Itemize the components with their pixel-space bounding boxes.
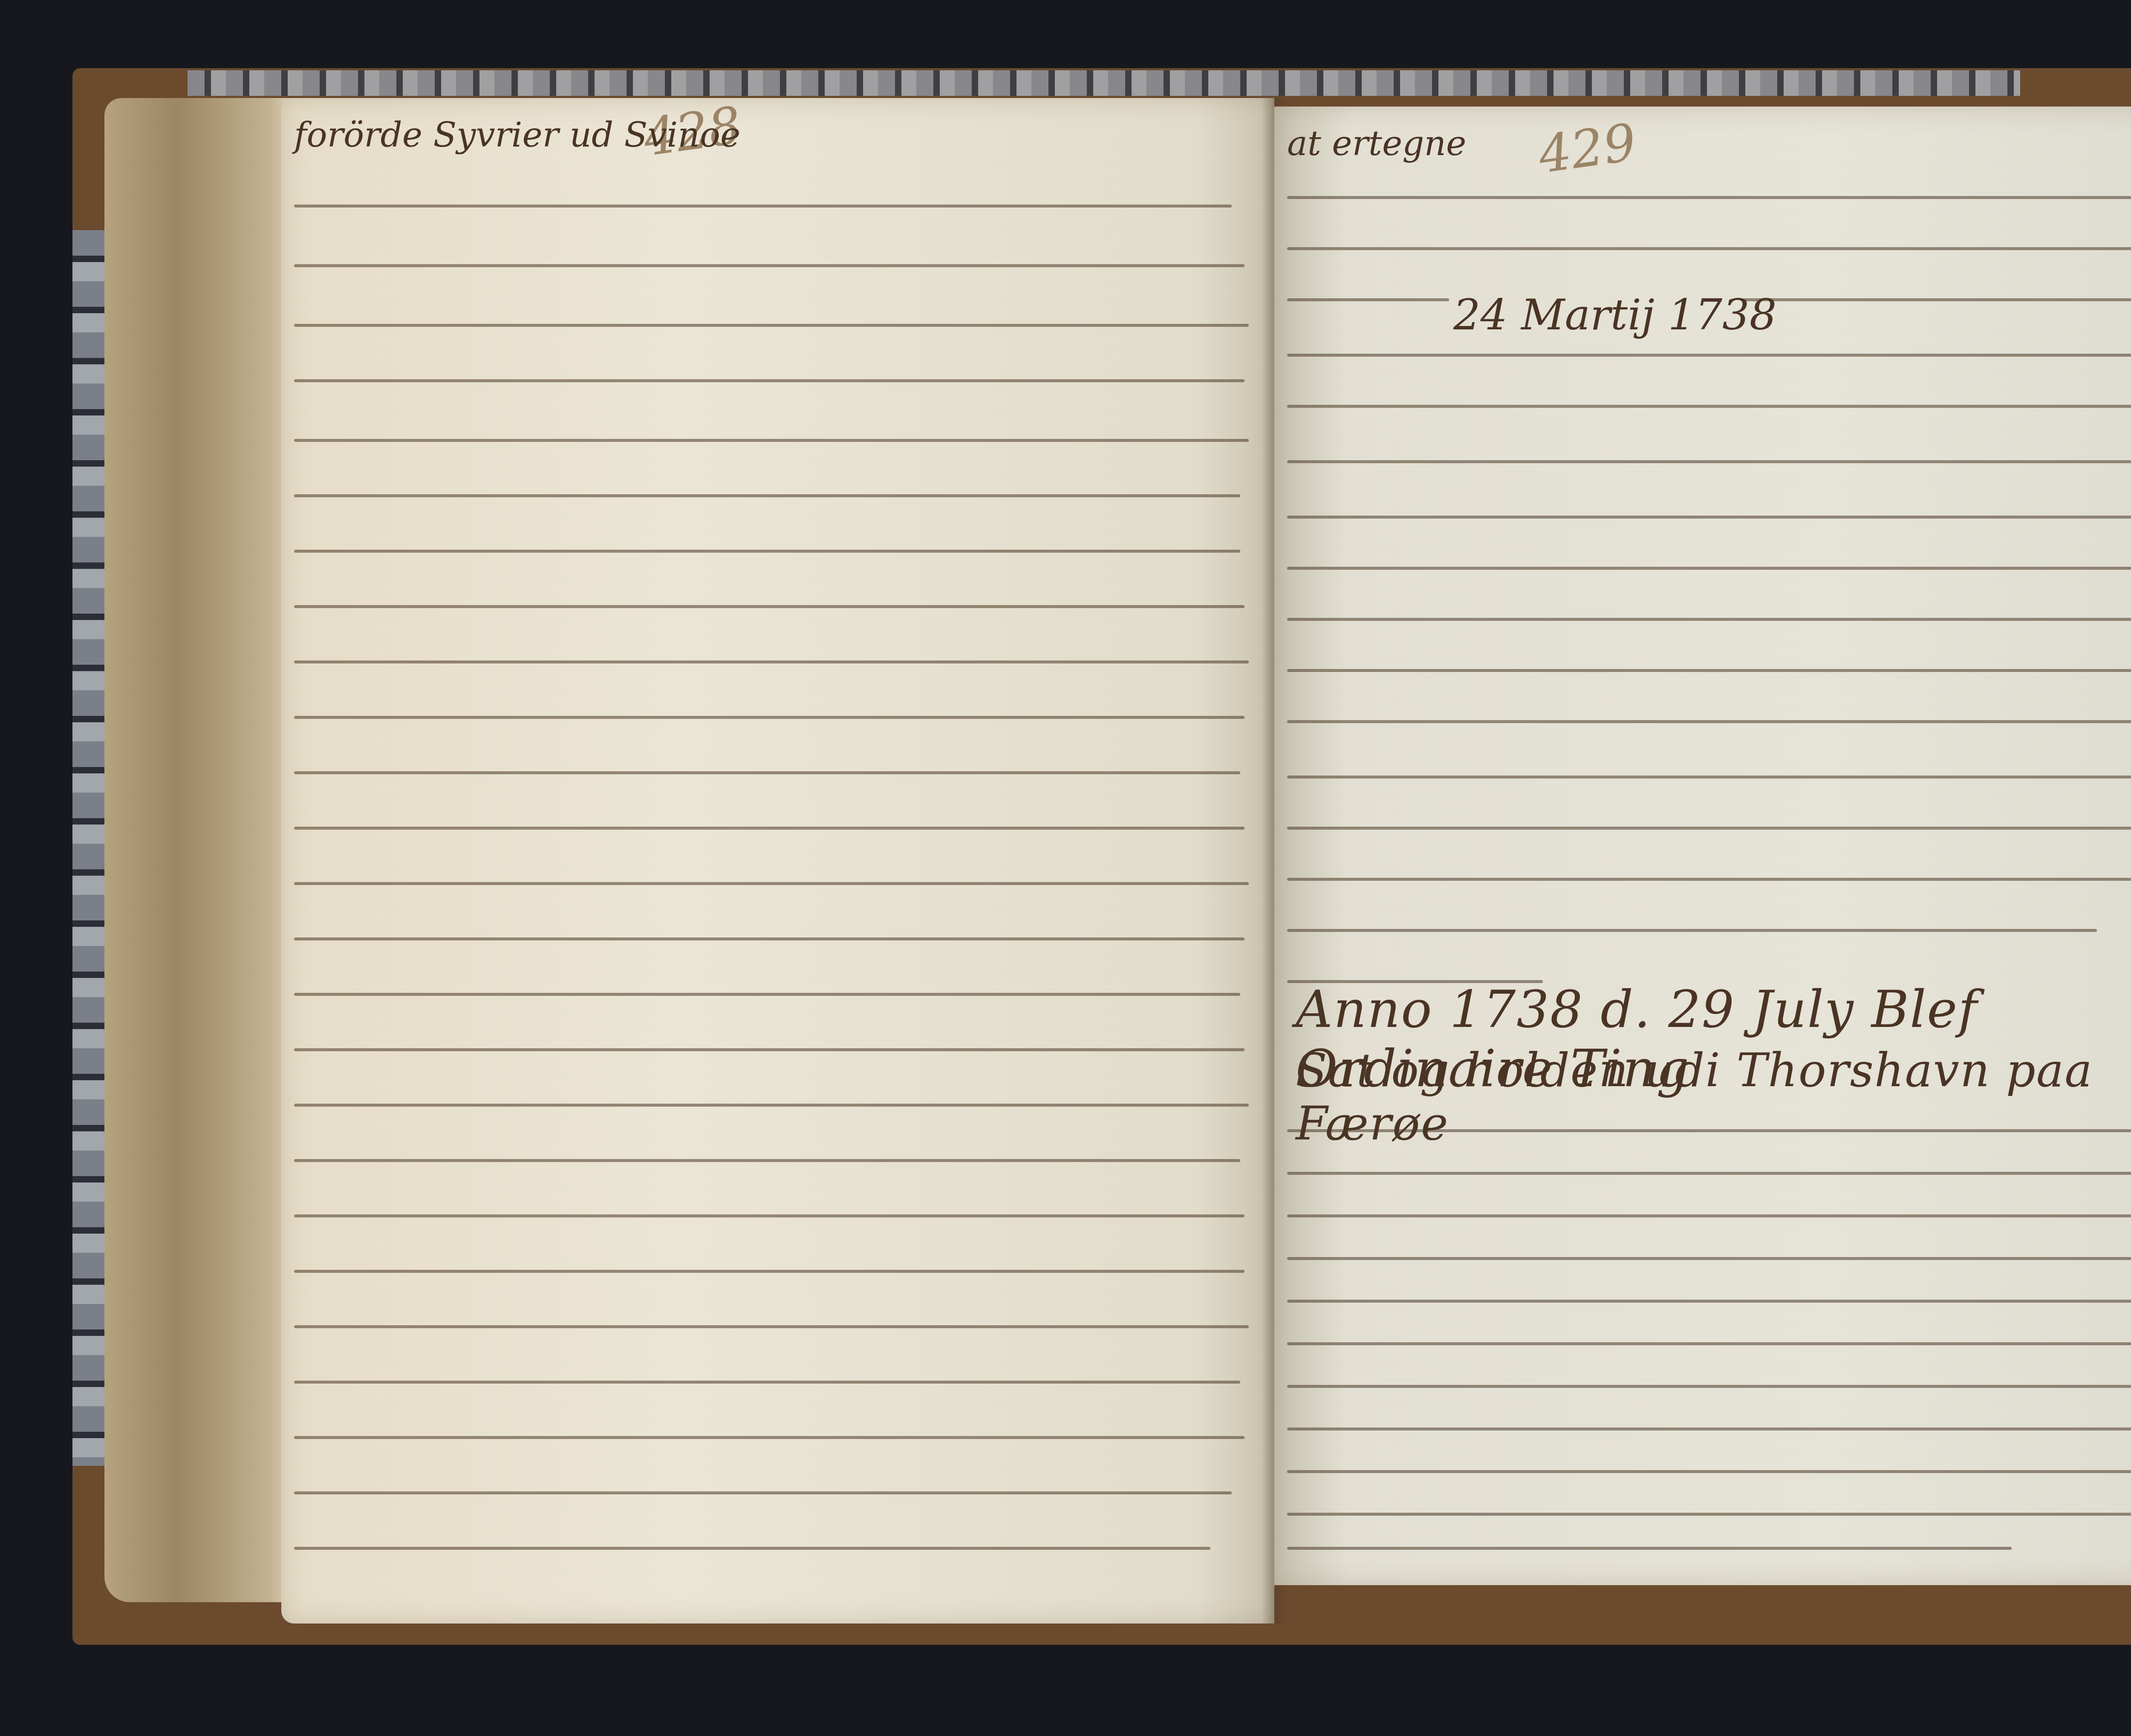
left-first-line: forörde Syvrier ud Svinoe [294,115,740,155]
page-block-left-edge [104,98,288,1602]
page-number-right: 429 [1535,113,1640,185]
marbled-board-top [188,70,2020,96]
marbled-board-left [72,230,107,1466]
right-page: 429 at ertegne 24 Martij 1738 Anno 1738 … [1274,107,2131,1585]
left-page: 428 forörde Syvrier ud Svinoe [281,98,1274,1624]
right-first-line: at ertegne [1287,124,1466,163]
session-heading-line2: Sat og holden udi Thorshavn paa Færøe [1296,1044,2131,1151]
dated-line: 24 Martij 1738 [1453,290,1776,340]
